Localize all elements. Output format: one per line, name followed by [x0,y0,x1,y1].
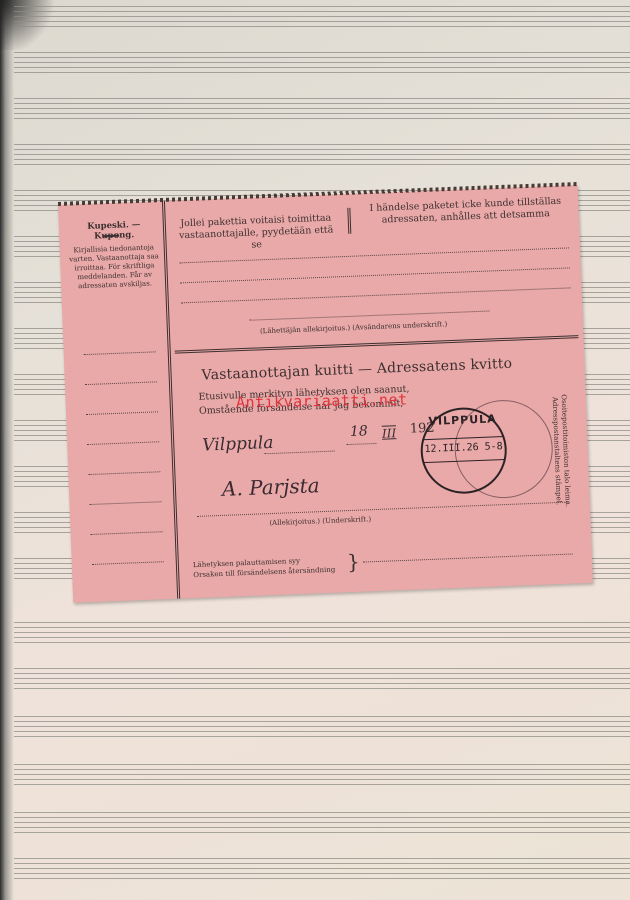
postmark-town: VILPPULA [421,412,503,428]
handwritten-signature: A. Parjsta [222,473,320,501]
music-staff [14,858,630,880]
coupon-title: Kupeski. — Kupong. [69,219,160,242]
coupon-writing-line [87,441,159,445]
music-staff [14,668,630,690]
scan-edge-shadow [0,0,14,900]
receipt-title: Vastaanottajan kuitti — Adressatens kvit… [201,356,512,384]
music-staff [14,144,630,166]
music-staff [14,622,630,644]
music-staff [14,812,630,834]
undeliverable-notice-finnish: Jollei pakettia voitaisi toimittaa vasta… [176,212,337,254]
coupon-writing-line [92,561,164,565]
coupon-section: Kupeski. — Kupong. Kirjallisia tiedonant… [58,201,180,603]
postmark-date: 12.III.26 5-8 [422,441,504,455]
day-line [346,443,376,445]
music-staff [14,716,630,738]
handwritten-day: 18 [350,423,368,440]
instruction-line [180,267,570,283]
coupon-writing-line [90,501,162,505]
brace-symbol: } [346,550,360,574]
handwritten-month: III [382,426,397,441]
sender-signature-label: (Lähettäjän allekirjoitus.) (Avsändarens… [260,320,448,335]
music-staff [14,98,630,120]
music-staff [14,764,630,786]
return-reason-line [363,553,573,562]
coupon-writing-line [91,531,163,535]
coupon-instructions: Kirjallisia tiedonantoja varten. Vastaan… [68,243,162,291]
notice-separator [347,208,355,234]
sender-signature-line [250,311,490,321]
section-divider [175,335,579,357]
music-staff [14,6,630,28]
coupon-writing-line [86,411,158,415]
coupon-writing-line [88,471,160,475]
coupon-writing-line [84,351,156,355]
return-reason-label: Lähetyksen palauttamisen syy Orsaken til… [193,555,336,580]
side-stamp-instruction: Osoitepostitoimiston talo leima. Adressp… [549,386,572,517]
instruction-line [181,287,571,303]
undeliverable-notice-swedish: I händelse paketet icke kunde tillställa… [365,196,566,228]
recipient-signature-line [197,502,569,517]
postmark-date-band: 12.III.26 5-8 [422,436,505,463]
place-line [265,451,335,455]
coupon-writing-line [85,381,157,385]
handwritten-place: Vilppula [202,433,274,456]
watermark: Antikvariaatti.net [236,391,408,412]
recipient-signature-label: (Allekirjoitus.) (Underskrift.) [269,515,371,527]
music-staff [14,52,630,74]
